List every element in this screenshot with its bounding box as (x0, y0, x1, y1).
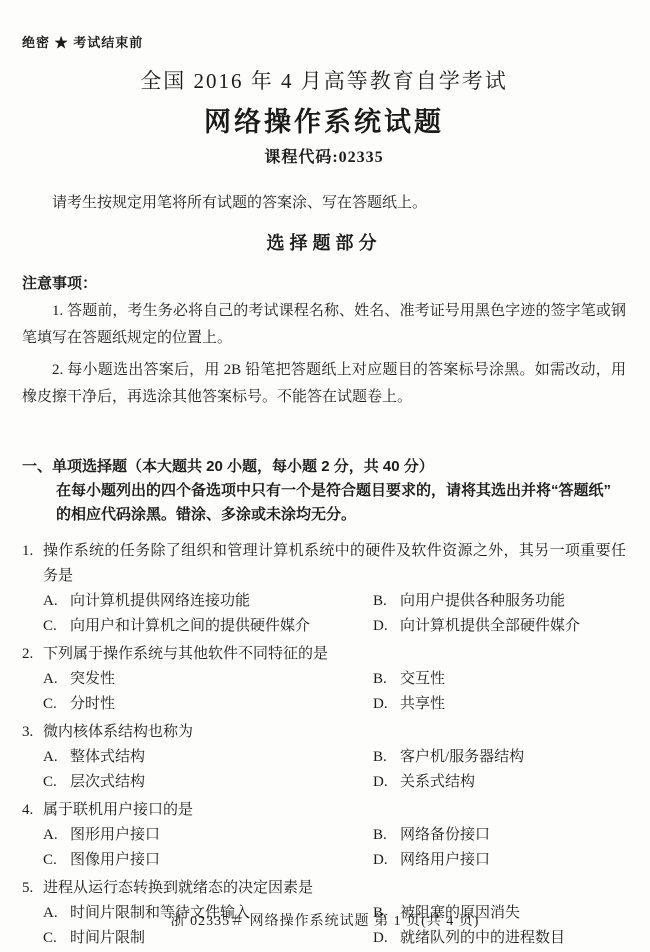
attention-item-2: 2. 每小题选出答案后，用 2B 铅笔把答题纸上对应题目的答案标号涂黑。如需改动… (22, 357, 626, 411)
answer-sheet-notice: 请考生按规定用笔将所有试题的答案涂、写在答题纸上。 (22, 193, 626, 213)
option-text: 向计算机提供网络连接功能 (70, 589, 373, 614)
question-stem: 操作系统的任务除了组织和管理计算机系统中的硬件及软件资源之外，其另一项重要任务是 (43, 539, 626, 589)
answer-option: B. 向用户提供各种服务功能 (373, 589, 626, 614)
security-classification-label: 绝密 ★ 考试结束前 (22, 32, 626, 51)
question-stem: 进程从运行态转换到就绪态的决定因素是 (43, 876, 626, 901)
answer-option: D. 关系式结构 (373, 770, 626, 795)
option-letter: A. (43, 667, 70, 692)
answer-option: A. 突发性 (43, 667, 373, 692)
option-text: 共享性 (400, 692, 626, 717)
option-text: 分时性 (70, 692, 373, 717)
option-letter: C. (43, 770, 70, 795)
question-stem: 属于联机用户接口的是 (43, 798, 626, 823)
question-number: 1. (22, 539, 43, 589)
question-stem: 微内核体系结构也称为 (43, 720, 626, 745)
question-stem: 下列属于操作系统与其他软件不同特征的是 (43, 642, 626, 667)
option-letter: C. (43, 692, 70, 717)
question-number: 2. (22, 642, 43, 667)
page-title: 网络操作系统试题 (22, 100, 626, 139)
answer-option: D. 向计算机提供全部硬件媒介 (373, 614, 626, 639)
question-item: 2. 下列属于操作系统与其他软件不同特征的是 A. 突发性 B. 交互性 C. … (22, 642, 626, 717)
option-letter: A. (43, 589, 70, 614)
course-code: 课程代码:02335 (22, 144, 626, 167)
option-text: 客户机/服务器结构 (400, 745, 626, 770)
questions-list: 1. 操作系统的任务除了组织和管理计算机系统中的硬件及软件资源之外，其另一项重要… (22, 539, 626, 951)
answer-option: C. 向用户和计算机之间的提供硬件媒介 (43, 614, 373, 639)
question-options: A. 向计算机提供网络连接功能 B. 向用户提供各种服务功能 C. 向用户和计算… (43, 589, 626, 639)
option-letter: C. (43, 614, 70, 639)
answer-option: A. 图形用户接口 (43, 823, 373, 848)
answer-option: B. 交互性 (373, 667, 626, 692)
exam-session-title: 全国 2016 年 4 月高等教育自学考试 (22, 65, 626, 95)
option-text: 向用户提供各种服务功能 (400, 589, 626, 614)
question-item: 1. 操作系统的任务除了组织和管理计算机系统中的硬件及软件资源之外，其另一项重要… (22, 539, 626, 639)
option-letter: D. (373, 692, 400, 717)
multiple-choice-part-title: 选择题部分 (22, 229, 626, 255)
option-letter: A. (43, 823, 70, 848)
option-text: 向计算机提供全部硬件媒介 (400, 614, 626, 639)
option-letter: D. (373, 770, 400, 795)
option-text: 网络备份接口 (400, 823, 626, 848)
section-one-instruction-line-1: 在每小题列出的四个备选项中只有一个是符合题目要求的，请将其选出并将“答题纸” (56, 479, 626, 503)
section-one-instruction: 在每小题列出的四个备选项中只有一个是符合题目要求的，请将其选出并将“答题纸” 的… (56, 479, 626, 527)
question-item: 3. 微内核体系结构也称为 A. 整体式结构 B. 客户机/服务器结构 C. 层… (22, 720, 626, 795)
option-letter: B. (373, 589, 400, 614)
option-text: 整体式结构 (70, 745, 373, 770)
exam-paper-page: 绝密 ★ 考试结束前 全国 2016 年 4 月高等教育自学考试 网络操作系统试… (0, 0, 650, 952)
answer-option: C. 图像用户接口 (43, 848, 373, 873)
answer-option: B. 网络备份接口 (373, 823, 626, 848)
option-text: 图像用户接口 (70, 848, 373, 873)
page-footer: 浙 02335＃ 网络操作系统试题 第 1 页(共 4 页) (0, 910, 650, 930)
answer-option: D. 网络用户接口 (373, 848, 626, 873)
section-one-heading: 一、单项选择题（本大题共 20 小题，每小题 2 分，共 40 分） (22, 455, 626, 476)
option-text: 向用户和计算机之间的提供硬件媒介 (70, 614, 373, 639)
option-text: 图形用户接口 (70, 823, 373, 848)
option-letter: D. (373, 614, 400, 639)
answer-option: C. 层次式结构 (43, 770, 373, 795)
answer-option: C. 分时性 (43, 692, 373, 717)
option-text: 关系式结构 (400, 770, 626, 795)
question-item: 4. 属于联机用户接口的是 A. 图形用户接口 B. 网络备份接口 C. 图像用… (22, 798, 626, 873)
option-letter: B. (373, 745, 400, 770)
option-text: 层次式结构 (70, 770, 373, 795)
option-text: 交互性 (400, 667, 626, 692)
attention-item-1: 1. 答题前，考生务必将自己的考试课程名称、姓名、准考证号用黑色字迹的签字笔或钢… (22, 298, 626, 352)
option-text: 网络用户接口 (400, 848, 626, 873)
option-letter: B. (373, 823, 400, 848)
answer-option: A. 整体式结构 (43, 745, 373, 770)
option-letter: D. (373, 848, 400, 873)
question-number: 4. (22, 798, 43, 823)
attention-heading: 注意事项： (22, 272, 626, 293)
answer-option: B. 客户机/服务器结构 (373, 745, 626, 770)
question-options: A. 图形用户接口 B. 网络备份接口 C. 图像用户接口 D. 网络用户接口 (43, 823, 626, 873)
option-letter: C. (43, 848, 70, 873)
question-options: A. 突发性 B. 交互性 C. 分时性 D. 共享性 (43, 667, 626, 717)
answer-option: D. 共享性 (373, 692, 626, 717)
section-one-instruction-line-2: 的相应代码涂黑。错涂、多涂或未涂均无分。 (56, 503, 626, 527)
option-text: 突发性 (70, 667, 373, 692)
option-letter: B. (373, 667, 400, 692)
option-letter: A. (43, 745, 70, 770)
question-number: 5. (22, 876, 43, 901)
question-number: 3. (22, 720, 43, 745)
answer-option: A. 向计算机提供网络连接功能 (43, 589, 373, 614)
question-options: A. 整体式结构 B. 客户机/服务器结构 C. 层次式结构 D. 关系式结构 (43, 745, 626, 795)
